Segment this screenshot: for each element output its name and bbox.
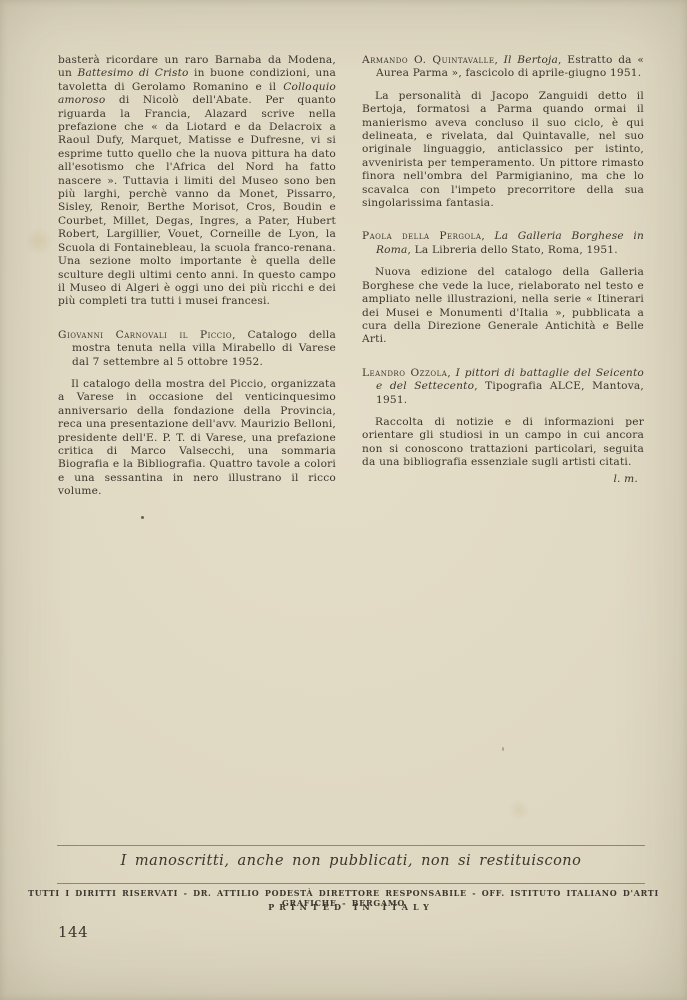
printed-in-italy-line: PRINTED IN ITALY [57, 902, 645, 912]
right-column: Armando O. Quintavalle, Il Bertoja, Estr… [362, 54, 644, 486]
body-paragraph: Nuova edizione del catalogo della Galler… [362, 266, 644, 346]
ink-speck [502, 747, 504, 751]
paper-stain [24, 228, 54, 254]
body-paragraph: Il catalogo della mostra del Piccio, org… [58, 378, 336, 499]
body-paragraph: La personalità di Jacopo Zanguidi detto … [362, 90, 644, 211]
bibliography-entry: Giovanni Carnovali il Piccio, Catalogo d… [58, 329, 336, 369]
bibliography-entry: Armando O. Quintavalle, Il Bertoja, Estr… [362, 54, 644, 81]
page-number: 144 [58, 923, 88, 941]
manuscripts-notice: I manoscritti, anche non pubblicati, non… [57, 853, 645, 869]
ink-speck [141, 516, 144, 519]
reviewer-initials: l. m. [362, 473, 644, 486]
bibliography-entry: Paola della Pergola, La Galleria Borghes… [362, 230, 644, 257]
bibliography-entry: Leandro Ozzola, I pittori di battaglie d… [362, 367, 644, 407]
footer-divider-bottom [57, 883, 645, 884]
footer-divider-top [57, 845, 645, 846]
paper-stain [508, 800, 530, 820]
body-paragraph: basterà ricordare un raro Barnaba da Mod… [58, 54, 336, 309]
left-column: basterà ricordare un raro Barnaba da Mod… [58, 54, 336, 499]
body-paragraph: Raccolta di notizie e di informazioni pe… [362, 416, 644, 470]
scanned-book-page: basterà ricordare un raro Barnaba da Mod… [0, 0, 687, 1000]
